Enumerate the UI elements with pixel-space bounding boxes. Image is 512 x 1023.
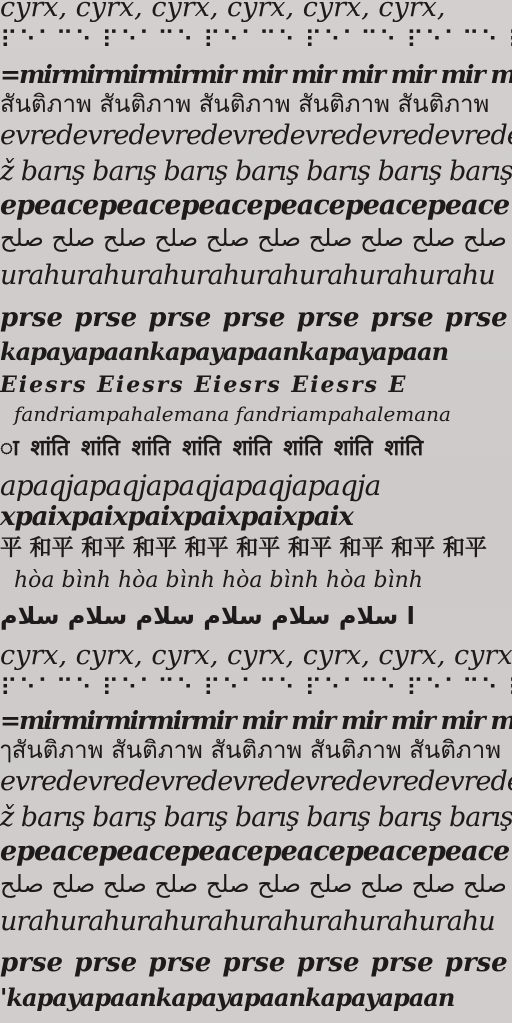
row-vietnamese: hòa bình hòa bình hòa bình hòa bình: [0, 570, 512, 592]
row-text: =mirmirmirmirmir mir mir mir mir mir mir: [0, 708, 512, 733]
row-text: hòa bình hòa bình hòa bình hòa bình: [14, 570, 423, 592]
row-text: urahurahurahurahurahurahurahurahu: [0, 262, 495, 289]
row-text: kapayapaankapayapaankapayapaan: [0, 340, 448, 364]
row-text: epeacepeacepeacepeacepeacepeace: [0, 192, 509, 219]
row-braille: ⠏⠑⠁⠉⠑ ⠏⠑⠁⠉⠑ ⠏⠑⠁⠉⠑ ⠏⠑⠁⠉⠑ ⠏⠑⠁⠉⠑ ⠏⠑⠁⠉⠑ ⠏⠑⠁⠉…: [0, 28, 512, 52]
row-braille-2: ⠏⠑⠁⠉⠑ ⠏⠑⠁⠉⠑ ⠏⠑⠁⠉⠑ ⠏⠑⠁⠉⠑ ⠏⠑⠁⠉⠑ ⠏⠑⠁⠉⠑ ⠏⠑⠁⠉…: [0, 676, 512, 700]
row-russian-2: cyrx, cyrx, cyrx, cyrx, cyrx, cyrx, cyrx…: [0, 642, 512, 669]
row-text: Eiesrs Eiesrs Eiesrs Eiesrs E: [0, 374, 407, 396]
row-text: ص صلح صلح صلح صلح صلح صلح صلح صلح صلح صل…: [0, 226, 512, 250]
row-text: evredevredevredevredevredevredevrede: [0, 122, 512, 149]
row-english: epeacepeacepeacepeacepeacepeace: [0, 192, 512, 219]
row-turkish-2: ž barış barış barış barış barış barış ba…: [0, 804, 512, 831]
row-arabic-sulh-2: ص صلح صلح صلح صلح صلح صلح صلح صلح صلح صل…: [0, 872, 512, 896]
row-text: =mirmirmirmirmir mir mir mir mir mir mir: [0, 62, 512, 87]
row-maori-2: urahurahurahurahurahurahurahurahu: [0, 908, 512, 935]
row-albanian: apaqjapaqjapaqjapaqjapaqja: [0, 472, 512, 500]
row-text: xpaixpaixpaixpaixpaixpaix: [0, 504, 353, 530]
row-text: ๅสันติภาพ สันติภาพ สันติภาพ สันติภาพ สัน…: [0, 738, 501, 762]
row-dutch-2: evredevredevredevredevredevredevrede: [0, 768, 512, 795]
row-text: 平 和平 和平 和平 和平 和平 和平 和平 和平 和平: [0, 538, 487, 560]
row-text: cyrx, cyrx, cyrx, cyrx, cyrx, cyrx, cyrx…: [0, 642, 512, 669]
row-text: ⠏⠑⠁⠉⠑ ⠏⠑⠁⠉⠑ ⠏⠑⠁⠉⠑ ⠏⠑⠁⠉⠑ ⠏⠑⠁⠉⠑ ⠏⠑⠁⠉⠑ ⠏⠑⠁⠉…: [0, 28, 512, 52]
row-tagalog-2: 'kapayapaankapayapaankapayapaan: [0, 986, 512, 1010]
row-turkish: ž barış barış barış barış barış barış ba…: [0, 158, 512, 185]
row-french: xpaixpaixpaixpaixpaixpaix: [0, 504, 512, 530]
row-text: fandriampahalemana fandriampahalemana: [14, 404, 451, 424]
row-text: prse prse prse prse prse prse prse prse …: [0, 305, 512, 331]
row-armenian: Eiesrs Eiesrs Eiesrs Eiesrs E: [0, 374, 512, 396]
row-thai-2: ๅสันติภาพ สันติภาพ สันติภาพ สันติภาพ สัน…: [0, 738, 512, 762]
row-text: evredevredevredevredevredevredevrede: [0, 768, 512, 795]
row-text: ص صلح صلح صلح صلح صلح صلح صلح صلح صلح صل…: [0, 872, 512, 896]
row-dutch: evredevredevredevredevredevredevrede: [0, 122, 512, 149]
row-text: epeacepeacepeacepeacepeacepeace: [0, 838, 509, 865]
row-text: สันติภาพ สันติภาพ สันติภาพ สันติภาพ สันต…: [0, 92, 489, 116]
row-text: urahurahurahurahurahurahurahurahu: [0, 908, 495, 935]
row-text: ا سلام سلام سلام سلام سلام سلام: [0, 604, 415, 628]
row-text: 'kapayapaankapayapaankapayapaan: [0, 986, 454, 1010]
row-serbian-2: =mirmirmirmirmir mir mir mir mir mir mir: [0, 708, 512, 733]
row-tagalog: kapayapaankapayapaankapayapaan: [0, 340, 512, 364]
peace-wallpaper: cyrx, cyrx, cyrx, cyrx, cyrx, cyrx, ⠏⠑⠁⠉…: [0, 0, 512, 1023]
row-arabic-sulh: ص صلح صلح صلح صلح صلح صلح صلح صلح صلح صل…: [0, 226, 512, 250]
row-hebrew-2: prse prse prse prse prse prse prse prse …: [0, 950, 512, 976]
row-text: ⠏⠑⠁⠉⠑ ⠏⠑⠁⠉⠑ ⠏⠑⠁⠉⠑ ⠏⠑⠁⠉⠑ ⠏⠑⠁⠉⠑ ⠏⠑⠁⠉⠑ ⠏⠑⠁⠉…: [0, 676, 512, 700]
row-text: ž barış barış barış barış barış barış ba…: [0, 158, 512, 185]
row-russian: cyrx, cyrx, cyrx, cyrx, cyrx, cyrx,: [0, 0, 512, 21]
row-malagasy: fandriampahalemana fandriampahalemana: [0, 404, 512, 424]
row-hindi: ा शांति शांति शांति शांति शांति शांति शा…: [0, 438, 512, 460]
row-maori: urahurahurahurahurahurahurahurahu: [0, 262, 512, 289]
row-hebrew: prse prse prse prse prse prse prse prse …: [0, 305, 512, 331]
row-text: apaqjapaqjapaqjapaqjapaqja: [0, 472, 380, 500]
row-serbian: =mirmirmirmirmir mir mir mir mir mir mir: [0, 62, 512, 87]
row-text: prse prse prse prse prse prse prse prse …: [0, 950, 512, 976]
row-text: cyrx, cyrx, cyrx, cyrx, cyrx, cyrx,: [0, 0, 445, 21]
row-text: ा शांति शांति शांति शांति शांति शांति शा…: [0, 438, 423, 460]
row-text: ž barış barış barış barış barış barış ba…: [0, 804, 512, 831]
row-english-2: epeacepeacepeacepeacepeacepeace: [0, 838, 512, 865]
row-thai: สันติภาพ สันติภาพ สันติภาพ สันติภาพ สันต…: [0, 92, 512, 116]
row-arabic-salam: ا سلام سلام سلام سلام سلام سلام: [0, 604, 512, 628]
row-chinese: 平 和平 和平 和平 和平 和平 和平 和平 和平 和平: [0, 538, 512, 560]
